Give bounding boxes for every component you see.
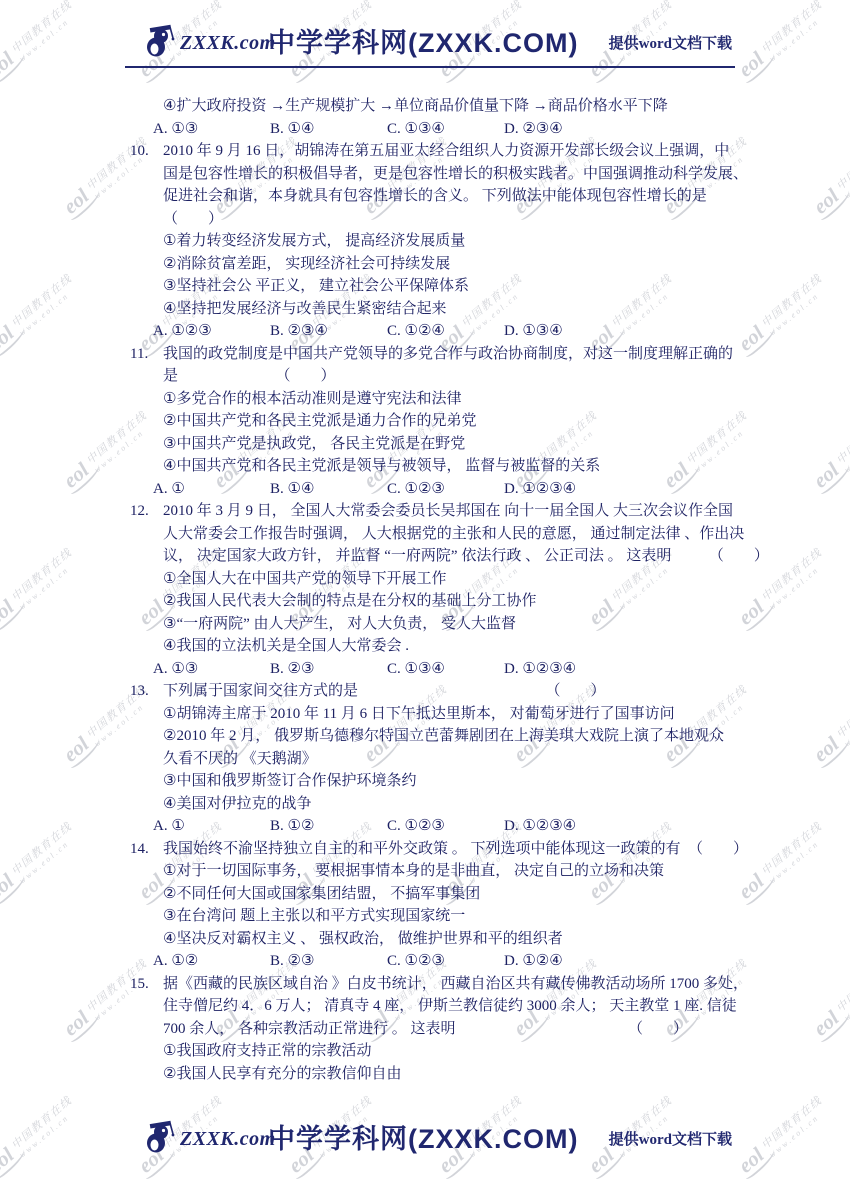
question-number: 13. [130,680,149,703]
logo-text: ZXXK.com [180,32,276,55]
question-line: ①着力转变经济发展方式， 提高经济发展质量 [163,230,755,253]
watermark-text: 中国教育在线www.eol.cn [835,684,850,749]
question-line: 据《西藏的民族区域自治 》白皮书统计， 西藏自治区共有藏传佛教活动场所 1700… [163,973,755,996]
eol-logo: eol [810,459,845,494]
question-line: 久看不厌的 《天鹅湖》 [163,748,755,771]
option-label: B. ①④ [270,478,387,501]
eol-watermark: eol中国教育在线www.eol.cn [810,956,850,1042]
question-block: 11.我国的政党制度是中国共产党领导的多党合作与政治协商制度，对这一制度理解正确… [130,343,755,501]
question-line: 2010 年 9 月 16 日，胡锦涛在第五届亚太经合组织人力资源开发部长级会议… [163,140,755,163]
page-footer: ZXXK.com 中学学科网(ZXXK.COM) 提供word文档下载 [0,1116,850,1164]
watermark-text: 中国教育在线www.eol.cn [10,547,81,612]
option-label: B. ②③ [270,950,387,973]
question-line: ③坚持社会公 平正义， 建立社会公平保障体系 [163,275,755,298]
eol-logo: eol [60,1007,95,1042]
graduate-penguin-icon [141,23,177,64]
questions-container: ④扩大政府投资 →生产规模扩大 →单位商品价值量下降 →商品价格水平下降A. ①… [130,95,755,1085]
header-divider [125,66,735,68]
question-line: ①多党合作的根本活动准则是遵守宪法和法律 [163,388,755,411]
zxxk-logo: ZXXK.com [141,23,276,64]
option-label: A. ①② [153,950,270,973]
watermark-text: 中国教育在线www.eol.cn [835,410,850,475]
option-label: C. ①②③ [387,950,504,973]
eol-watermark: eol中国教育在线www.eol.cn [0,545,81,631]
eol-logo: eol [60,459,95,494]
question-line: ③中国共产党是执政党， 各民主党派是在野党 [163,433,755,456]
question-line: 我国的政党制度是中国共产党领导的多党合作与政治协商制度，对这一制度理解正确的 [163,343,755,366]
site-title-footer: 中学学科网(ZXXK.COM) [268,1117,578,1156]
watermark-line1: 中国教育在线 [835,958,850,1016]
eol-logo: eol [810,1007,845,1042]
option-label: B. ②③ [270,658,387,681]
watermark-line2: www.eol.cn [18,282,81,337]
question-line: ④坚持把发展经济与改善民生紧密结合起来 [163,298,755,321]
options-row: A. ①B. ①②C. ①②③D. ①②③④ [153,815,755,838]
option-label: A. ①②③ [153,320,270,343]
question-block: ④扩大政府投资 →生产规模扩大 →单位商品价值量下降 →商品价格水平下降A. ①… [130,95,755,140]
question-line: ①我国政府支持正常的宗教活动 [163,1040,755,1063]
question-line: ②不同任何大国或国家集团结盟， 不搞军事集团 [163,883,755,906]
watermark-line1: 中国教育在线 [835,410,850,468]
question-line: 人大常委会工作报告时强调， 人大根据党的主张和人民的意愿， 通过制定法律 、作出… [163,523,755,546]
watermark-text: 中国教育在线www.eol.cn [835,136,850,201]
option-label: C. ①②③ [387,478,504,501]
question-line: ①全国人大在中国共产党的领导下开展工作 [163,568,755,591]
question-line: 议， 决定国家大政方针， 并监督 “一府两院” 依法行政 、 公正司法 。 这表… [163,545,755,568]
question-line: ④坚决反对霸权主义 、 强权政治， 做维护世界和平的组织者 [163,928,755,951]
option-label: B. ①② [270,815,387,838]
eol-logo: eol [60,185,95,220]
question-line: ①胡锦涛主席于 2010 年 11 月 6 日下午抵达里斯本， 对葡萄牙进行了国… [163,703,755,726]
eol-logo: eol [0,870,20,905]
question-line: ②我国人民代表大会制的特点是在分权的基础上分工协作 [163,590,755,613]
watermark-line1: 中国教育在线 [10,273,76,331]
site-title: 中学学科网(ZXXK.COM) [268,21,578,60]
download-tagline: 提供word文档下载 [609,32,732,53]
eol-watermark: eol中国教育在线www.eol.cn [810,682,850,768]
download-tagline-footer: 提供word文档下载 [609,1128,732,1149]
question-line: 促进社会和谐，本身就具有包容性增长的含义。 下列做法中能体现包容性增长的是 [163,185,755,208]
watermark-line2: www.eol.cn [18,830,81,885]
eol-watermark: eol中国教育在线www.eol.cn [0,819,81,905]
question-number: 10. [130,140,149,163]
option-label: D. ①③④ [504,320,563,343]
eol-watermark: eol中国教育在线www.eol.cn [810,134,850,220]
watermark-line2: www.eol.cn [843,967,850,1022]
watermark-line1: 中国教育在线 [835,684,850,742]
question-line: 2010 年 3 月 9 日， 全国人大常委会委员长吴邦国在 向十一届全国人 大… [163,500,755,523]
question-block: 10.2010 年 9 月 16 日，胡锦涛在第五届亚太经合组织人力资源开发部长… [130,140,755,343]
question-line: ④我国的立法机关是全国人大常委会 . [163,635,755,658]
option-label: D. ①②③④ [504,815,576,838]
option-label: A. ① [153,478,270,501]
option-label: B. ②③④ [270,320,387,343]
options-row: A. ①③B. ②③C. ①③④D. ①②③④ [153,658,755,681]
option-label: C. ①②③ [387,815,504,838]
question-line: 国是包容性增长的积极倡导者，更是包容性增长的积极实践者。中国强调推动科学发展、 [163,163,755,186]
question-line: ②我国人民享有充分的宗教信仰自由 [163,1063,755,1086]
option-label: D. ①②③④ [504,478,576,501]
question-line: 700 余人， 各种宗教活动正常进行 。 这表明 （ ） [163,1018,755,1041]
eol-watermark: eol中国教育在线www.eol.cn [810,408,850,494]
question-line: ③中国和俄罗斯签订合作保护环境条约 [163,770,755,793]
options-row: A. ①③B. ①④C. ①③④D. ②③④ [153,118,755,141]
options-row: A. ①②③B. ②③④C. ①②④D. ①③④ [153,320,755,343]
eol-logo: eol [810,733,845,768]
graduate-penguin-icon [141,1119,177,1160]
watermark-text: 中国教育在线www.eol.cn [10,273,81,338]
watermark-line2: www.eol.cn [768,556,831,611]
watermark-line2: www.eol.cn [843,419,850,474]
watermark-line1: 中国教育在线 [760,547,826,605]
question-line: ③“一府两院” 由人大产生， 对人大负责， 受人大监督 [163,613,755,636]
watermark-line2: www.eol.cn [843,145,850,200]
watermark-line2: www.eol.cn [843,693,850,748]
eol-logo: eol [810,185,845,220]
question-line: ①对于一切国际事务， 要根据事情本身的是非曲直， 决定自己的立场和决策 [163,860,755,883]
question-block: 14.我国始终不渝坚持独立自主的和平外交政策 。 下列选项中能体现这一政策的有 … [130,838,755,973]
watermark-text: 中国教育在线www.eol.cn [760,273,831,338]
document-page: eol中国教育在线www.eol.cneol中国教育在线www.eol.cneo… [0,0,850,1202]
question-block: 12.2010 年 3 月 9 日， 全国人大常委会委员长吴邦国在 向十一届全国… [130,500,755,680]
question-line: ②消除贫富差距， 实现经济社会可持续发展 [163,253,755,276]
eol-watermark: eol中国教育在线www.eol.cn [0,271,81,357]
zxxk-logo-footer: ZXXK.com [141,1119,276,1160]
question-line: （ ） [163,208,755,231]
option-label: C. ①③④ [387,118,504,141]
question-line: ④扩大政府投资 →生产规模扩大 →单位商品价值量下降 →商品价格水平下降 [163,95,755,118]
question-number: 14. [130,838,149,861]
option-label: A. ① [153,815,270,838]
watermark-line1: 中国教育在线 [10,821,76,879]
question-line: ④中国共产党和各民主党派是领导与被领导， 监督与被监督的关系 [163,455,755,478]
eol-logo: eol [0,596,20,631]
options-row: A. ①②B. ②③C. ①②③D. ①②④ [153,950,755,973]
option-label: C. ①②④ [387,320,504,343]
eol-logo: eol [0,322,20,357]
watermark-line1: 中国教育在线 [10,547,76,605]
watermark-text: 中国教育在线www.eol.cn [760,821,831,886]
watermark-text: 中国教育在线www.eol.cn [760,547,831,612]
watermark-text: 中国教育在线www.eol.cn [835,958,850,1023]
question-line: ③在台湾问 题上主张以和平方式实现国家统一 [163,905,755,928]
question-line: 我国始终不渝坚持独立自主的和平外交政策 。 下列选项中能体现这一政策的有 （ ） [163,838,755,861]
option-label: A. ①③ [153,118,270,141]
option-label: A. ①③ [153,658,270,681]
watermark-line1: 中国教育在线 [760,821,826,879]
watermark-line1: 中国教育在线 [760,273,826,331]
question-line: ④美国对伊拉克的战争 [163,793,755,816]
watermark-line1: 中国教育在线 [835,136,850,194]
option-label: D. ②③④ [504,118,563,141]
question-number: 15. [130,973,149,996]
watermark-line2: www.eol.cn [768,830,831,885]
option-label: C. ①③④ [387,658,504,681]
question-block: 15.据《西藏的民族区域自治 》白皮书统计， 西藏自治区共有藏传佛教活动场所 1… [130,973,755,1086]
question-line: ②中国共产党和各民主党派是通力合作的兄弟党 [163,410,755,433]
question-block: 13.下列属于国家间交往方式的是 （ ）①胡锦涛主席于 2010 年 11 月 … [130,680,755,838]
question-line: ②2010 年 2 月， 俄罗斯乌德穆尔特国立芭蕾舞剧团在上海美琪大戏院上演了本… [163,725,755,748]
question-line: 是 （ ） [163,365,755,388]
option-label: D. ①②④ [504,950,563,973]
question-line: 下列属于国家间交往方式的是 （ ） [163,680,755,703]
option-label: B. ①④ [270,118,387,141]
page-header: ZXXK.com 中学学科网(ZXXK.COM) 提供word文档下载 [0,20,850,68]
eol-logo: eol [60,733,95,768]
watermark-line2: www.eol.cn [18,556,81,611]
logo-text: ZXXK.com [180,1128,276,1151]
options-row: A. ①B. ①④C. ①②③D. ①②③④ [153,478,755,501]
watermark-line2: www.eol.cn [768,282,831,337]
question-number: 11. [130,343,148,366]
option-label: D. ①②③④ [504,658,576,681]
watermark-text: 中国教育在线www.eol.cn [10,821,81,886]
question-line: 住寺僧尼约 4．6 万人； 清真寺 4 座， 伊斯兰教信徒约 3000 余人； … [163,995,755,1018]
question-number: 12. [130,500,149,523]
